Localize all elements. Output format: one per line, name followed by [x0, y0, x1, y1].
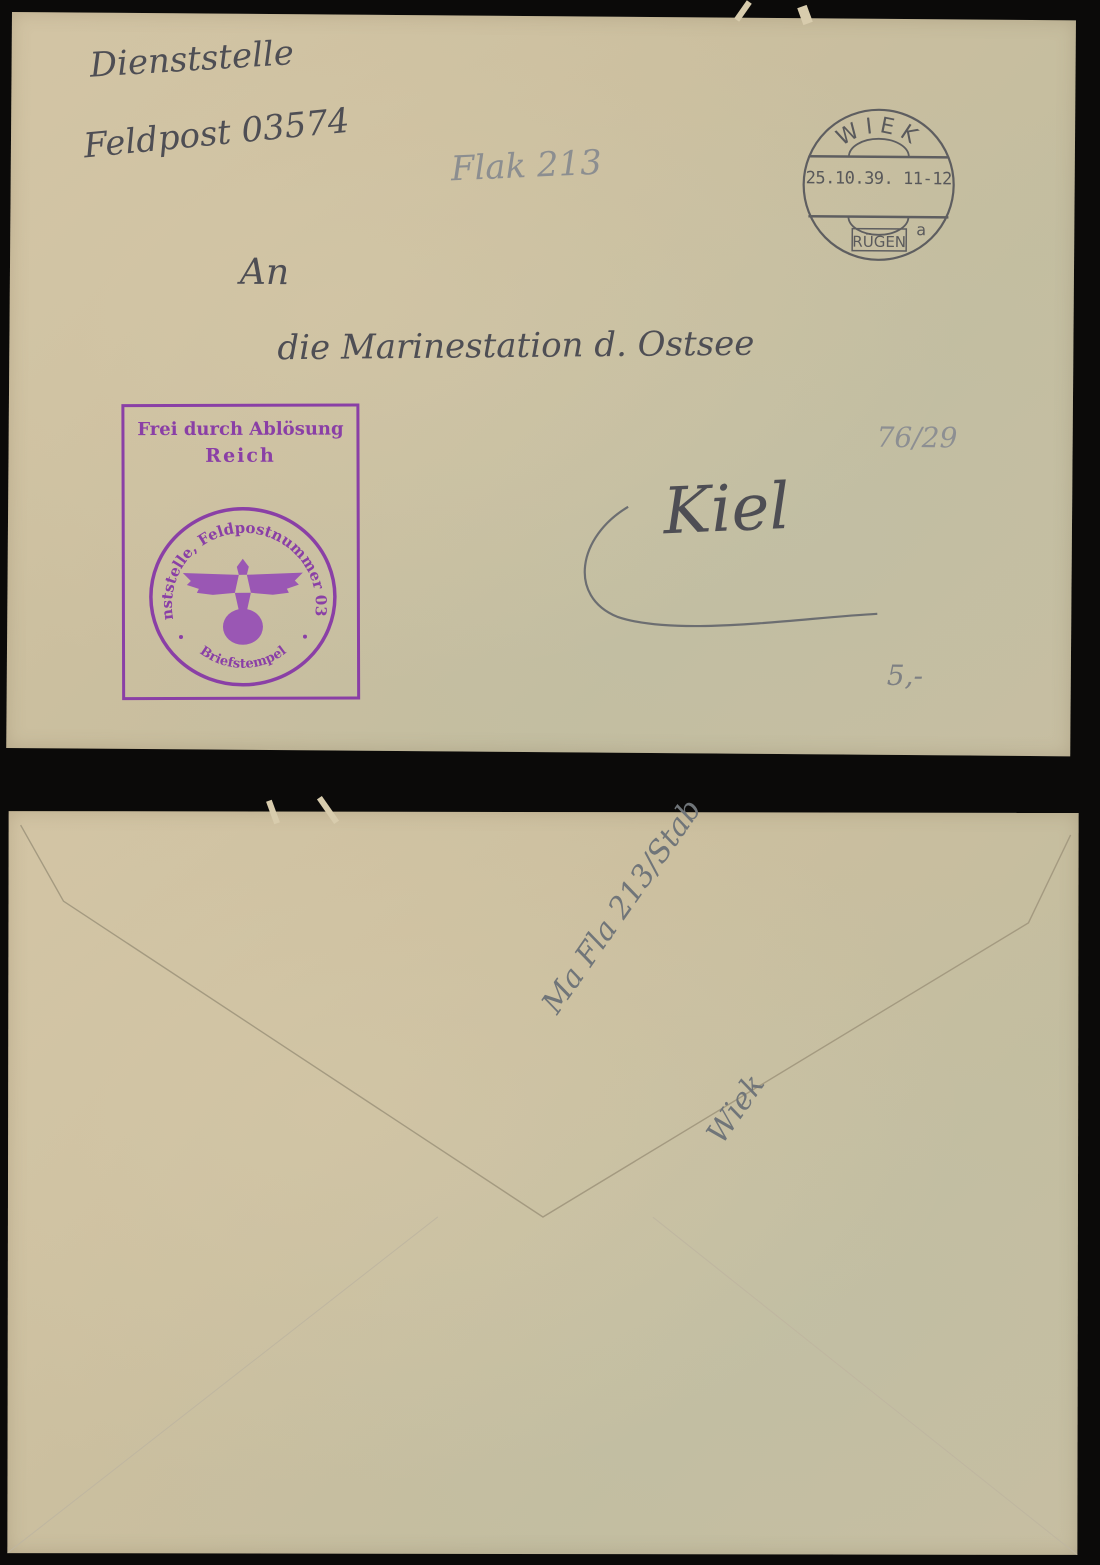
postmark-date: 25.10.39. 11-12: [799, 168, 959, 189]
underline-flourish-icon: [567, 486, 908, 639]
stamp-line-1: Frei durch Ablösung: [124, 419, 356, 441]
postmark: WIEK RÜGEN a 25.10.39. 11-12: [798, 104, 959, 265]
eagle-emblem-icon: [183, 559, 303, 645]
sender-line-2: Feldpost 03574: [82, 101, 351, 167]
official-stamp: Frei durch Ablösung Reich Dienststelle, …: [121, 404, 360, 701]
sender-line-1: Dienststelle: [89, 33, 295, 86]
envelope-flap-icon: [7, 811, 1078, 1555]
recipient-address: die Marinestation d. Ostsee: [277, 324, 754, 369]
stamp-line-2: Reich: [124, 445, 356, 468]
svg-text:RÜGEN: RÜGEN: [852, 232, 906, 251]
svg-text:Dienststelle, Feldpostnummer 0: Dienststelle, Feldpostnummer 03574: [143, 497, 330, 622]
svg-text:a: a: [916, 220, 926, 239]
seal-icon: Dienststelle, Feldpostnummer 03574 Brief…: [143, 497, 343, 688]
pencil-note-flak: Flak 213: [450, 143, 603, 190]
salutation: An: [240, 252, 290, 293]
svg-text:Briefstempel: Briefstempel: [197, 643, 289, 672]
reference-number: 76/29: [877, 421, 958, 455]
price-note: 5,-: [887, 659, 923, 692]
envelope-back: [7, 811, 1078, 1555]
envelope-front: Dienststelle Feldpost 03574 Flak 213 An …: [6, 12, 1076, 756]
